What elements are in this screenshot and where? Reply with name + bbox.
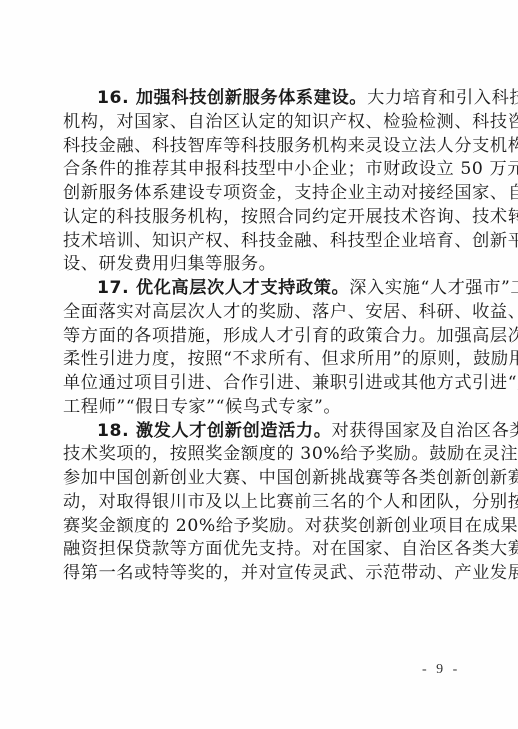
paragraph-17-line-1: 17. 优化高层次人才支持政策。深入实施“人才强市”工程， [63, 277, 461, 301]
document-page: 16. 加强科技创新服务体系建设。大力培育和引入科技服务 机构，对国家、自治区认… [0, 0, 518, 729]
paragraph-17-line: 单位通过项目引进、合作引进、兼职引进或其他方式引进“周末 [63, 372, 461, 396]
paragraph-18-line: 得第一名或特等奖的，并对宣传灵武、示范带动、产业发展等方 [63, 562, 461, 586]
paragraph-16-line: 机构，对国家、自治区认定的知识产权、检验检测、科技咨询、 [63, 111, 461, 135]
paragraph-18-line: 技术奖项的，按照奖金额度的 30%给予奖励。鼓励在灵注册企业 [63, 443, 461, 467]
paragraph-16-line: 设、研发费用归集等服务。 [63, 253, 461, 277]
paragraph-16-line: 创新服务体系建设专项资金，支持企业主动对接经国家、自治区 [63, 182, 461, 206]
paragraph-text: 深入实施“人才强市”工程， [349, 278, 518, 298]
paragraph-18-line-1: 18. 激发人才创新创造活力。对获得国家及自治区各类科学 [63, 420, 461, 444]
paragraph-18-line: 融资担保贷款等方面优先支持。对在国家、自治区各类大赛中取 [63, 538, 461, 562]
body-text: 16. 加强科技创新服务体系建设。大力培育和引入科技服务 机构，对国家、自治区认… [63, 87, 461, 586]
paragraph-16-line: 认定的科技服务机构，按照合同约定开展技术咨询、技术转移、 [63, 206, 461, 230]
paragraph-17-line: 工程师”“假日专家”“候鸟式专家”。 [63, 396, 461, 420]
paragraph-17-heading: 17. 优化高层次人才支持政策。 [97, 278, 349, 298]
paragraph-17-line: 柔性引进力度，按照“不求所有、但求所用”的原则，鼓励用人 [63, 348, 461, 372]
paragraph-18-heading: 18. 激发人才创新创造活力。 [97, 421, 332, 441]
page-number: - 9 - [422, 662, 460, 678]
paragraph-16-line-1: 16. 加强科技创新服务体系建设。大力培育和引入科技服务 [63, 87, 461, 111]
paragraph-18-line: 赛奖金额度的 20%给予奖励。对获奖创新创业项目在成果转化、 [63, 515, 461, 539]
paragraph-17-line: 全面落实对高层次人才的奖励、落户、安居、科研、收益、生活 [63, 301, 461, 325]
paragraph-16-line: 科技金融、科技智库等科技服务机构来灵设立法人分支机构，符 [63, 135, 461, 159]
paragraph-17-line: 等方面的各项措施，形成人才引育的政策合力。加强高层次人才 [63, 325, 461, 349]
paragraph-text: 大力培育和引入科技服务 [367, 88, 518, 108]
paragraph-18-line: 参加中国创新创业大赛、中国创新挑战赛等各类创新创新赛事活 [63, 467, 461, 491]
paragraph-18-line: 动，对取得银川市及以上比赛前三名的个人和团队，分别按照大 [63, 491, 461, 515]
paragraph-text: 对获得国家及自治区各类科学 [332, 421, 518, 441]
paragraph-16-line: 合条件的推荐其申报科技型中小企业；市财政设立 50 万元科技 [63, 158, 461, 182]
paragraph-16-line: 技术培训、知识产权、科技金融、科技型企业培育、创新平台建 [63, 230, 461, 254]
paragraph-16-heading: 16. 加强科技创新服务体系建设。 [97, 88, 367, 108]
